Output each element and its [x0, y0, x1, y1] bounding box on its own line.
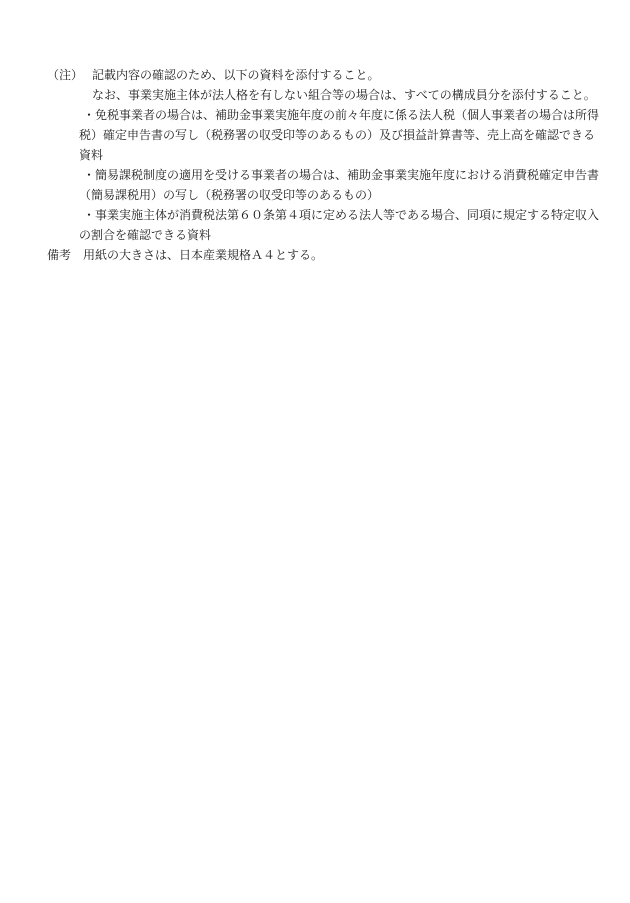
note-item1-text2: 税）確定申告書の写し（税務署の収受印等のあるもの）及び損益計算書等、売上高を確認… [79, 128, 595, 142]
note-item2-text2: （簡易課税用）の写し（税務署の収受印等のあるもの） [79, 188, 379, 202]
note-item2-line2: （簡易課税用）の写し（税務署の収受印等のあるもの） [0, 185, 630, 205]
note-item3-text1: ・事業実施主体が消費税法第６０条第４項に定める法人等である場合、同項に規定する特… [83, 208, 599, 222]
note-subintro-line: なお、事業実施主体が法人格を有しない組合等の場合は、すべての構成員分を添付するこ… [0, 85, 630, 105]
note-item3-line2: の割合を確認できる資料 [0, 225, 630, 245]
note-item1-text1: ・免税事業者の場合は、補助金事業実施年度の前々年度に係る法人税（個人事業者の場合… [83, 108, 599, 122]
note-intro-line: （注）記載内容の確認のため、以下の資料を添付すること。 [0, 65, 630, 85]
note-intro-text: 記載内容の確認のため、以下の資料を添付すること。 [92, 68, 380, 82]
note-item2-line1: ・簡易課税制度の適用を受ける事業者の場合は、補助金事業実施年度における消費税確定… [0, 165, 630, 185]
note-item3-text2: の割合を確認できる資料 [79, 228, 211, 242]
note-item2-text1: ・簡易課税制度の適用を受ける事業者の場合は、補助金事業実施年度における消費税確定… [83, 168, 599, 182]
note-block: （注）記載内容の確認のため、以下の資料を添付すること。 なお、事業実施主体が法人… [0, 65, 630, 265]
note-item1-line1: ・免税事業者の場合は、補助金事業実施年度の前々年度に係る法人税（個人事業者の場合… [0, 105, 630, 125]
note-item1-text3: 資料 [79, 148, 103, 162]
note-item1-line3: 資料 [0, 145, 630, 165]
remarks-line: 備考用紙の大きさは、日本産業規格Ａ４とする。 [0, 245, 630, 265]
document-page: （注）記載内容の確認のため、以下の資料を添付すること。 なお、事業実施主体が法人… [0, 0, 630, 903]
note-subintro-text: なお、事業実施主体が法人格を有しない組合等の場合は、すべての構成員分を添付するこ… [92, 88, 596, 102]
note-item3-line1: ・事業実施主体が消費税法第６０条第４項に定める法人等である場合、同項に規定する特… [0, 205, 630, 225]
remarks-label: 備考 [47, 245, 71, 265]
note-label: （注） [47, 65, 83, 85]
note-item1-line2: 税）確定申告書の写し（税務署の収受印等のあるもの）及び損益計算書等、売上高を確認… [0, 125, 630, 145]
remarks-text: 用紙の大きさは、日本産業規格Ａ４とする。 [83, 248, 323, 262]
